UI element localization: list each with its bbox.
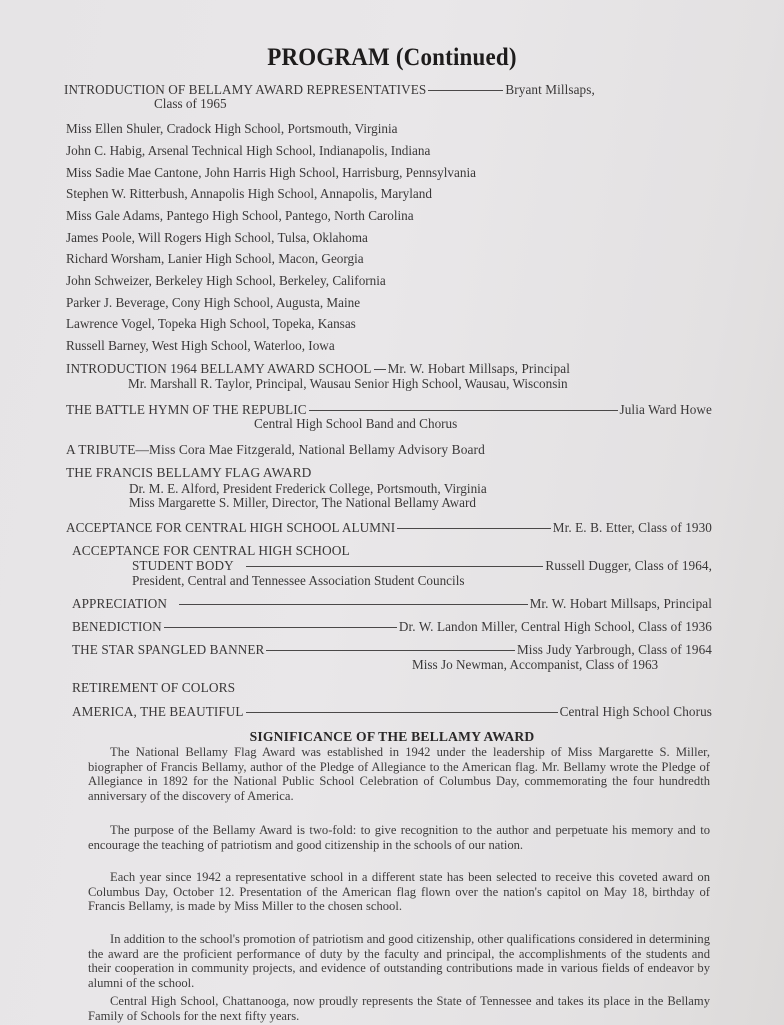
program-item-benediction: BENEDICTION Dr. W. Landon Miller, Centra… <box>72 619 712 635</box>
program-item-flag-award: THE FRANCIS BELLAMY FLAG AWARD <box>66 465 311 481</box>
program-item-student-body: STUDENT BODY Russell Dugger, Class of 19… <box>132 558 712 574</box>
item-label: STUDENT BODY <box>132 558 234 574</box>
list-item: James Poole, Will Rogers High School, Tu… <box>66 230 368 246</box>
item-presenter: Central High School Chorus <box>560 704 712 720</box>
item-presenter: Mr. E. B. Etter, Class of 1930 <box>553 520 712 536</box>
list-item: Miss Gale Adams, Pantego High School, Pa… <box>66 208 414 224</box>
program-item-tribute: A TRIBUTE—Miss Cora Mae Fitzgerald, Nati… <box>66 442 485 458</box>
list-item: Lawrence Vogel, Topeka High School, Tope… <box>66 316 356 332</box>
list-item: Parker J. Beverage, Cony High School, Au… <box>66 295 360 311</box>
paragraph: The National Bellamy Flag Award was esta… <box>88 745 710 803</box>
program-item-appreciation: APPRECIATION Mr. W. Hobart Millsaps, Pri… <box>72 596 712 612</box>
item-label: APPRECIATION <box>72 596 167 612</box>
program-item-intro-1964-school: INTRODUCTION 1964 BELLAMY AWARD SCHOOL M… <box>66 361 712 377</box>
item-presenter: Dr. W. Landon Miller, Central High Schoo… <box>399 619 712 635</box>
item-presenter: Russell Dugger, Class of 1964, <box>545 558 712 574</box>
program-item-acceptance-students: ACCEPTANCE FOR CENTRAL HIGH SCHOOL <box>72 543 350 559</box>
item-presenter: Julia Ward Howe <box>620 402 713 418</box>
paragraph: In addition to the school's promotion of… <box>88 932 710 990</box>
item-detail: Mr. Marshall R. Taylor, Principal, Wausa… <box>128 376 568 392</box>
item-label: INTRODUCTION OF BELLAMY AWARD REPRESENTA… <box>64 82 426 98</box>
item-label: THE STAR SPANGLED BANNER <box>72 642 264 658</box>
program-item-acceptance-alumni: ACCEPTANCE FOR CENTRAL HIGH SCHOOL ALUMN… <box>66 520 712 536</box>
list-item: Miss Ellen Shuler, Cradock High School, … <box>66 121 398 137</box>
list-item: John Schweizer, Berkeley High School, Be… <box>66 273 386 289</box>
list-item: Russell Barney, West High School, Waterl… <box>66 338 335 354</box>
item-label: INTRODUCTION 1964 BELLAMY AWARD SCHOOL <box>66 361 372 377</box>
dotted-leader <box>374 369 386 370</box>
dotted-leader <box>246 712 558 713</box>
dotted-leader <box>266 650 515 651</box>
dotted-leader <box>179 604 528 605</box>
paragraph: Each year since 1942 a representative sc… <box>88 870 710 914</box>
item-presenter: Mr. W. Hobart Millsaps, Principal <box>530 596 712 612</box>
list-item: Stephen W. Ritterbush, Annapolis High Sc… <box>66 186 432 202</box>
list-item: Miss Sadie Mae Cantone, John Harris High… <box>66 165 476 181</box>
item-presenter: Miss Judy Yarbrough, Class of 1964 <box>517 642 712 658</box>
list-item: John C. Habig, Arsenal Technical High Sc… <box>66 143 430 159</box>
program-page: PROGRAM (Continued) INTRODUCTION OF BELL… <box>0 0 784 1025</box>
section-heading-significance: SIGNIFICANCE OF THE BELLAMY AWARD <box>0 729 784 745</box>
item-detail: Miss Jo Newman, Accompanist, Class of 19… <box>412 657 658 673</box>
program-item-america-the-beautiful: AMERICA, THE BEAUTIFUL Central High Scho… <box>72 704 712 720</box>
item-detail: Central High School Band and Chorus <box>254 416 457 432</box>
item-detail: President, Central and Tennessee Associa… <box>132 573 465 589</box>
dotted-leader <box>397 528 551 529</box>
item-label: BENEDICTION <box>72 619 162 635</box>
dotted-leader <box>428 90 503 91</box>
program-item-star-spangled-banner: THE STAR SPANGLED BANNER Miss Judy Yarbr… <box>72 642 712 658</box>
paragraph: Central High School, Chattanooga, now pr… <box>88 994 710 1023</box>
item-presenter: Mr. W. Hobart Millsaps, Principal <box>388 361 570 377</box>
item-presenter-class: Class of 1965 <box>154 96 227 112</box>
item-presenter: Bryant Millsaps, <box>505 82 595 98</box>
item-label: AMERICA, THE BEAUTIFUL <box>72 704 244 720</box>
page-title: PROGRAM (Continued) <box>31 44 752 72</box>
dotted-leader <box>309 410 618 411</box>
item-label: ACCEPTANCE FOR CENTRAL HIGH SCHOOL ALUMN… <box>66 520 395 536</box>
dotted-leader <box>164 627 397 628</box>
item-detail: Miss Margarette S. Miller, Director, The… <box>129 495 476 511</box>
paragraph: The purpose of the Bellamy Award is two-… <box>88 823 710 852</box>
program-item-retirement-of-colors: RETIREMENT OF COLORS <box>72 680 235 696</box>
list-item: Richard Worsham, Lanier High School, Mac… <box>66 251 364 267</box>
dotted-leader <box>246 566 544 567</box>
